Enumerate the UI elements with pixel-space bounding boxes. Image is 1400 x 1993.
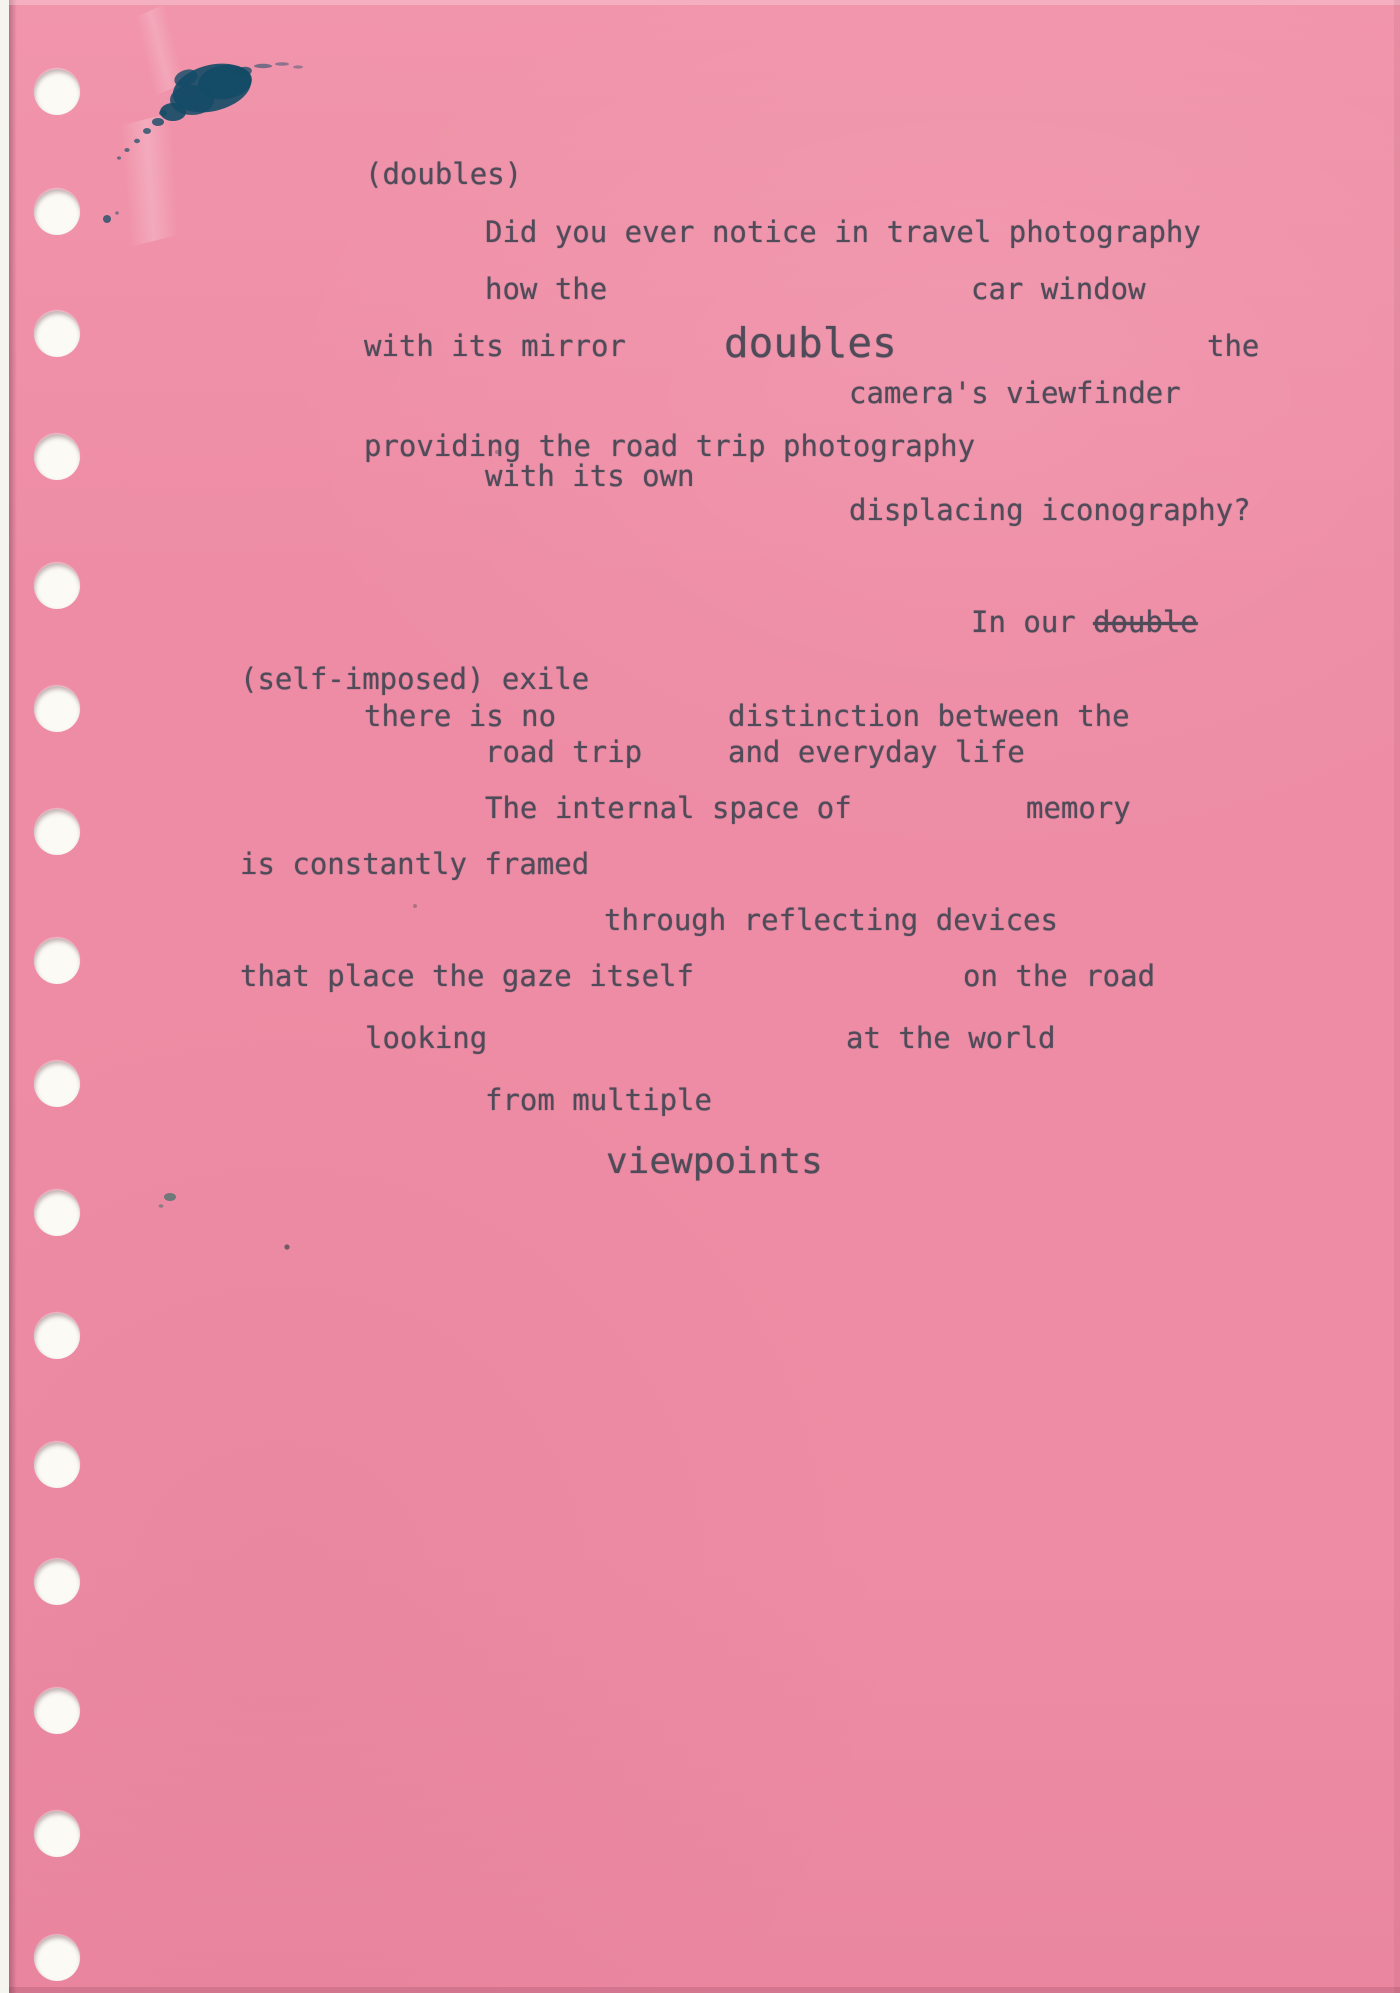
- poem-segment: at the world: [846, 1024, 1056, 1053]
- punch-hole: [34, 809, 80, 855]
- punch-hole: [34, 1313, 80, 1359]
- punch-hole: [34, 1061, 80, 1107]
- poem-segment: on the road: [963, 962, 1155, 991]
- paper-top-edge: [9, 0, 1400, 5]
- poem-segment: (self-imposed) exile: [240, 665, 589, 694]
- punch-hole: [34, 69, 80, 115]
- poem-segment: road trip: [485, 738, 642, 767]
- punch-hole: [34, 434, 80, 480]
- paper-edge-shadow: [9, 0, 17, 1993]
- poem-segment: The internal space of: [485, 794, 852, 823]
- poem-segment: how the: [485, 275, 607, 304]
- poem-segment: memory: [1026, 794, 1131, 823]
- punch-hole: [34, 1935, 80, 1981]
- ink-blot: [0, 0, 1400, 1993]
- poem-segment: viewpoints: [606, 1144, 823, 1180]
- punch-hole: [34, 311, 80, 357]
- scanner-edge: [0, 0, 9, 1993]
- poem-segment: (doubles): [365, 160, 522, 189]
- poem-segment: Did you ever notice in travel photograph…: [485, 218, 1201, 247]
- poem-segment: the: [1207, 332, 1259, 361]
- poem-segment: In our: [971, 608, 1093, 637]
- poem-segment: is constantly framed: [240, 850, 589, 879]
- punch-hole: [34, 1442, 80, 1488]
- poem-segment: that place the gaze itself: [240, 962, 694, 991]
- punch-hole: [34, 1811, 80, 1857]
- poem-segment: car window: [971, 275, 1146, 304]
- poem-segment: and everyday life: [728, 738, 1025, 767]
- poem-segment: camera's viewfinder: [849, 379, 1181, 408]
- poem-segment: through reflecting devices: [604, 906, 1058, 935]
- punch-hole: [34, 1688, 80, 1734]
- poem-segment: there is no: [364, 702, 556, 731]
- punch-hole: [34, 938, 80, 984]
- poem-segment: looking: [365, 1024, 487, 1053]
- poem-segment: displacing iconography?: [849, 496, 1251, 525]
- poem-segment: with its mirror: [364, 332, 626, 361]
- poem-segment: doubles: [724, 323, 897, 364]
- paper-bottom-edge: [9, 1987, 1400, 1993]
- poem-segment: with its own: [485, 462, 695, 491]
- punch-hole: [34, 189, 80, 235]
- poem-segment: distinction between the: [728, 702, 1130, 731]
- poem-segment: providing the road trip photography: [364, 432, 975, 461]
- punch-hole: [34, 563, 80, 609]
- poem-segment: double: [1093, 608, 1198, 637]
- punch-hole: [34, 686, 80, 732]
- scanned-page: (doubles)Did you ever notice in travel p…: [0, 0, 1400, 1993]
- paper-right-edge: [1394, 0, 1400, 1993]
- poem-segment: from multiple: [485, 1086, 712, 1115]
- punch-hole: [34, 1559, 80, 1605]
- punch-hole: [34, 1190, 80, 1236]
